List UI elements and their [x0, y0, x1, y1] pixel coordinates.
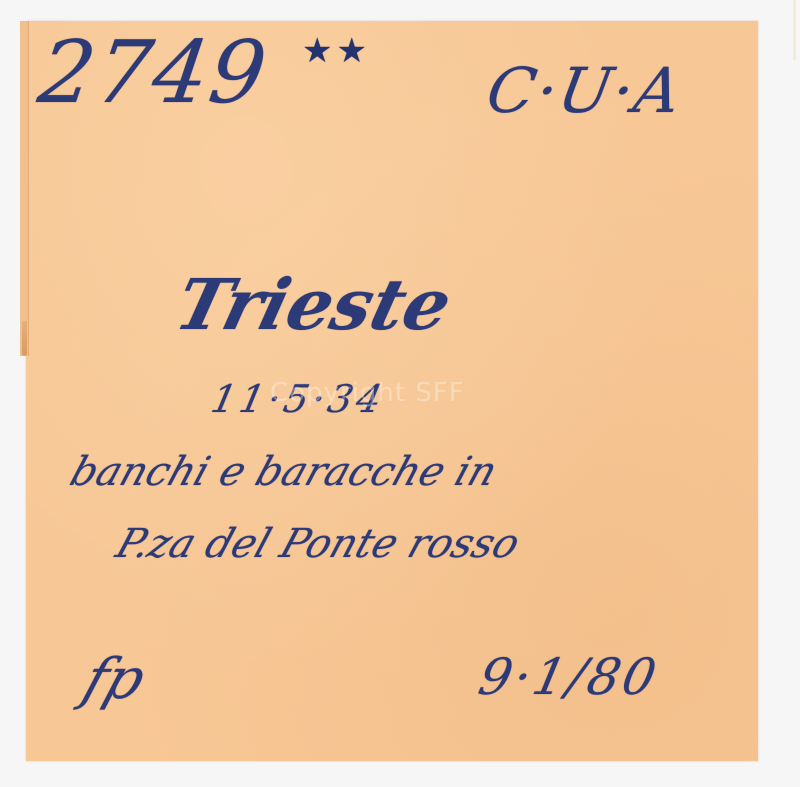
reference-number: 2749 — [34, 30, 273, 116]
reference-star-marks: ★★ — [302, 34, 371, 68]
description-line-1: banchi e baracche in — [66, 452, 502, 492]
archive-date: 9·1/80 — [475, 652, 664, 702]
photo-date: 11·5·34 — [208, 380, 389, 418]
description-line-2: P.za del Ponte rosso — [112, 524, 525, 564]
background-edge-line — [793, 0, 796, 60]
flap-tab — [22, 321, 27, 356]
place-name: Trieste — [169, 270, 458, 340]
collection-code: C·U·A — [483, 60, 688, 122]
folded-flap — [20, 21, 29, 356]
